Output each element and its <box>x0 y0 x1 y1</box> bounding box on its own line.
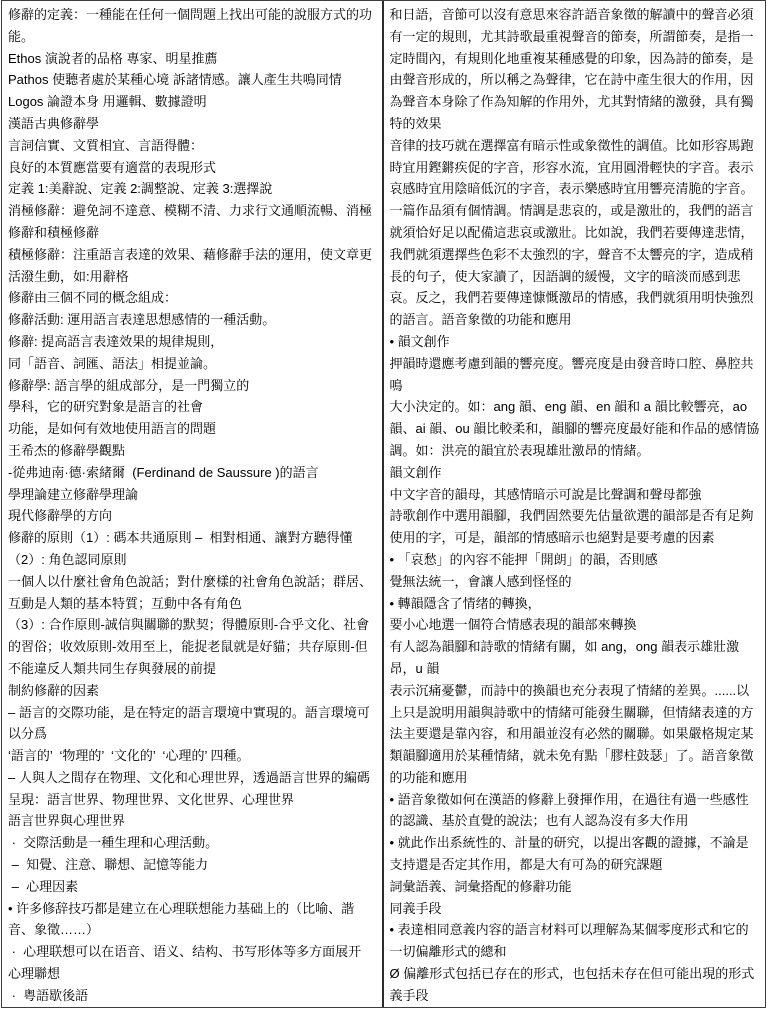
text-line: • 語音象徵如何在漢語的修辭上發揮作用，在過往有過一些感性 <box>390 789 762 811</box>
text-line: 修辭: 提高語言表達效果的規律規則， <box>8 331 378 353</box>
text-line: • 就此作出系統性的、計量的研究，以提出客觀的證據，不論是 <box>390 832 762 854</box>
text-line: 心理聯想 <box>8 963 378 985</box>
text-line: 積極修辭：注重語言表達的效果、藉修辭手法的運用，使文章更 <box>8 244 378 266</box>
text-line: 互動是人類的基本特質；互動中各有角色 <box>8 593 378 615</box>
text-line: 義手段 <box>390 985 762 1007</box>
text-line: 漢語古典修辭學 <box>8 113 378 135</box>
text-line: 王希杰的修辭學觀點 <box>8 440 378 462</box>
text-line: 表示沉痛憂鬱，而詩中的換韻也充分表現了情緒的差異。......以 <box>390 680 762 702</box>
text-line: 支持還是否定其作用，都是大有可為的研究課題 <box>390 854 762 876</box>
text-line: 修辭活動: 運用語言表達思想感情的一種活動。 <box>8 309 378 331</box>
text-line: 學理論建立修辭學理論 <box>8 484 378 506</box>
text-line: – 語言的交際功能，是在特定的語言環境中實現的。語言環境可 <box>8 702 378 724</box>
text-line: 功能，是如何有效地使用語言的問題 <box>8 418 378 440</box>
text-line: · 交際活動是一種生理和心理活動。 <box>8 832 378 854</box>
text-line: • 许多修辞技巧都是建立在心理联想能力基础上的（比喻、諧 <box>8 898 378 920</box>
text-line: 押韻時還應考慮到韻的響亮度。響亮度是由發音時口腔、鼻腔共 <box>390 353 762 375</box>
text-line: 的認識、基於直覺的說法；也有人認為沒有多大作用 <box>390 810 762 832</box>
text-line: · 粤語歇後語 <box>8 985 378 1007</box>
text-line: 良好的本質應當要有適當的表現形式 <box>8 157 378 179</box>
text-line: Ø 偏離形式包括已存在的形式，也包括未存在但可能出現的形式 <box>390 963 762 985</box>
text-line: Ethos 演說者的品格 專家、明星推薦 <box>8 48 378 70</box>
text-line: 和日語，音節可以沒有意思來容許語音象徵的解讀中的聲音必須 <box>390 4 762 26</box>
text-line: Logos 論證本身 用邏輯、數據證明 <box>8 91 378 113</box>
text-line: – 心理因素 <box>8 876 378 898</box>
text-line: • 韻文創作 <box>390 331 762 353</box>
text-line: 詞彙語義、詞彙搭配的修辭功能 <box>390 876 762 898</box>
text-line: 以分爲 <box>8 723 378 745</box>
text-line: 語言世界與心理世界 <box>8 810 378 832</box>
text-line: 覺無法統一，會讓人感到怪怪的 <box>390 571 762 593</box>
text-line: 有一定的規則，尤其詩歌最重視聲音的節奏，所謂節奏，是指一 <box>390 26 762 48</box>
text-line: • 「哀愁」的內容不能押「開朗」的韻，否則感 <box>390 549 762 571</box>
text-line: ‘語言的’ ‘物理的’ ‘文化的’ ‘心理的’ 四種。 <box>8 745 378 767</box>
text-line: 韻文創作 <box>390 462 762 484</box>
text-line: 現代修辭學的方向 <box>8 505 378 527</box>
text-line: 就須恰好足以配備這悲哀或激壯。比如說，我們若要傳達悲情， <box>390 222 762 244</box>
text-line: 消極修辭：避免詞不達意、模糊不清、力求行文通順流暢、消極 <box>8 200 378 222</box>
text-line: – 人與人之間存在物理、文化和心理世界，透過語言世界的編碼 <box>8 767 378 789</box>
text-line: 大小決定的。如：ang 韻、eng 韻、en 韻和 a 韻比較響亮，ao <box>390 396 762 418</box>
text-line: 法主要還是靠內容，和用韻並沒有必然的關聯。如果嚴格規定某 <box>390 723 762 745</box>
text-line: 的語言。語音象徵的功能和應用 <box>390 309 762 331</box>
text-line: 韻、ai 韻、ou 韻比較柔和，韻腳的響亮度最好能和作品的感情協 <box>390 418 762 440</box>
text-line: （2）: 角色認同原則 <box>8 549 378 571</box>
text-line: 我們就須選擇些色彩不太強烈的字，聲音不太響亮的字，造成稍 <box>390 244 762 266</box>
text-line: 長的句子，使大家讀了，因語調的緩慢，文字的暗淡而感到悲 <box>390 266 762 288</box>
text-line: 音律的技巧就在選擇富有暗示性或象徵性的調值。比如形容馬跑 <box>390 135 762 157</box>
text-line: 特的效果 <box>390 113 762 135</box>
text-line: Pathos 使聽者處於某種心境 訴諸情感。讓人產生共鳴同情 <box>8 69 378 91</box>
text-line: 時宜用鏗鏘疾促的字音，形容水流，宜用圓滑輕快的字音。表示 <box>390 157 762 179</box>
text-line: 詩歌創作中選用韻腳，我們固然要先估量欲選的韻部是否有足夠 <box>390 505 762 527</box>
text-line: 定時間內，有規則化地重複某種感覺的印象，因為詩的節奏，是 <box>390 48 762 70</box>
text-line: 定義 1:美辭說、定義 2:調整說、定義 3:選擇說 <box>8 178 378 200</box>
text-line: • 轉韻隱含了情绪的轉換， <box>390 593 762 615</box>
document-table: 修辭的定義：一種能在任何一個問題上找出可能的說服方式的功能。Ethos 演說者的… <box>1 0 766 1008</box>
text-line: 制約修辭的因素 <box>8 680 378 702</box>
text-line: 一個人以什麼社會角色說話；對什麼樣的社會角色說話；群居、 <box>8 571 378 593</box>
text-line: 使用的字，可是，韻部的情感暗示也絕對是要考慮的因素 <box>390 527 762 549</box>
text-line: 一切偏離形式的總和 <box>390 941 762 963</box>
text-line: 能。 <box>8 26 378 48</box>
text-line: 一篇作品須有個情調。情調是悲哀的，或是激壯的，我們的語言 <box>390 200 762 222</box>
column-left: 修辭的定義：一種能在任何一個問題上找出可能的說服方式的功能。Ethos 演說者的… <box>2 1 384 1007</box>
text-line: 要小心地選一個符合情感表現的韻部來轉換 <box>390 614 762 636</box>
text-line: 修辭和積極修辭 <box>8 222 378 244</box>
text-line: 修辭由三個不同的概念組成： <box>8 287 378 309</box>
text-line: 修辭學: 語言學的組成部分，是一門獨立的 <box>8 375 378 397</box>
text-line: 呈現：語言世界、物理世界、文化世界、心理世界 <box>8 789 378 811</box>
text-line: 音、象徵……） <box>8 919 378 941</box>
text-line: 修辭的定義：一種能在任何一個問題上找出可能的說服方式的功 <box>8 4 378 26</box>
text-line: 的習俗；收效原則-效用至上，能捉老鼠就是好貓；共存原則-但 <box>8 636 378 658</box>
text-line: • 表達相同意義内容的語言材料可以理解為某個零度形式和它的 <box>390 919 762 941</box>
text-line: 由聲音形成的，所以稱之為聲律，它在詩中產生很大的作用，因 <box>390 69 762 91</box>
text-line: 類韻腳適用於某種情緒，就未免有點「膠柱鼓瑟」了。語音象徵 <box>390 745 762 767</box>
text-line: （3）: 合作原則-誠信與關聯的默契；得體原則-合乎文化、社會 <box>8 614 378 636</box>
text-line: – 知覺、注意、聯想、記憶等能力 <box>8 854 378 876</box>
document-page: 修辭的定義：一種能在任何一個問題上找出可能的說服方式的功能。Ethos 演說者的… <box>0 0 768 1024</box>
text-line: 昂，u 韻 <box>390 658 762 680</box>
text-line: 哀感時宜用陰暗低沉的字音，表示樂感時宜用響亮清脆的字音。 <box>390 178 762 200</box>
text-line: 不能違反人類共同生存與發展的前提 <box>8 658 378 680</box>
text-line: 修辭的原則（1）: 碼本共通原則 – 相對相通、讓對方聽得懂 <box>8 527 378 549</box>
text-line: -從弗迪南·德·索緒爾 (Ferdinand de Saussure )的語言 <box>8 462 378 484</box>
column-right: 和日語，音節可以沒有意思來容許語音象徵的解讀中的聲音必須有一定的規則，尤其詩歌最… <box>384 1 766 1007</box>
text-line: 活潑生動，如:用辭格 <box>8 266 378 288</box>
text-line: 鳴 <box>390 375 762 397</box>
text-line: 哀。反之，我們若要傳達慷慨激昂的情感，我們就須用明快強烈 <box>390 287 762 309</box>
text-line: 上只是說明用韻與詩歌中的情緒可能發生關聯，但情緒表達的方 <box>390 702 762 724</box>
text-line: 有人認為韻腳和詩歌的情緒有關，如 ang，ong 韻表示雄壯激 <box>390 636 762 658</box>
text-line: 為聲音本身除了作為知解的作用外，尤其對情緒的激發，具有獨 <box>390 91 762 113</box>
text-line: 言詞信實、文質相宜、言語得體： <box>8 135 378 157</box>
text-line: 調。如：洪亮的韻宜於表現雄壯激昂的情緒。 <box>390 440 762 462</box>
text-line: 學科，它的研究對象是語言的社會 <box>8 396 378 418</box>
text-line: 同「語音、詞匯、語法」相提並論。 <box>8 353 378 375</box>
text-line: 同義手段 <box>390 898 762 920</box>
text-line: 的功能和應用 <box>390 767 762 789</box>
text-line: · 心理联想可以在语音、语义、结构、书写形体等多方面展开 <box>8 941 378 963</box>
text-line: 中文字音的韻母，其感情暗示可說是比聲調和聲母都強 <box>390 484 762 506</box>
